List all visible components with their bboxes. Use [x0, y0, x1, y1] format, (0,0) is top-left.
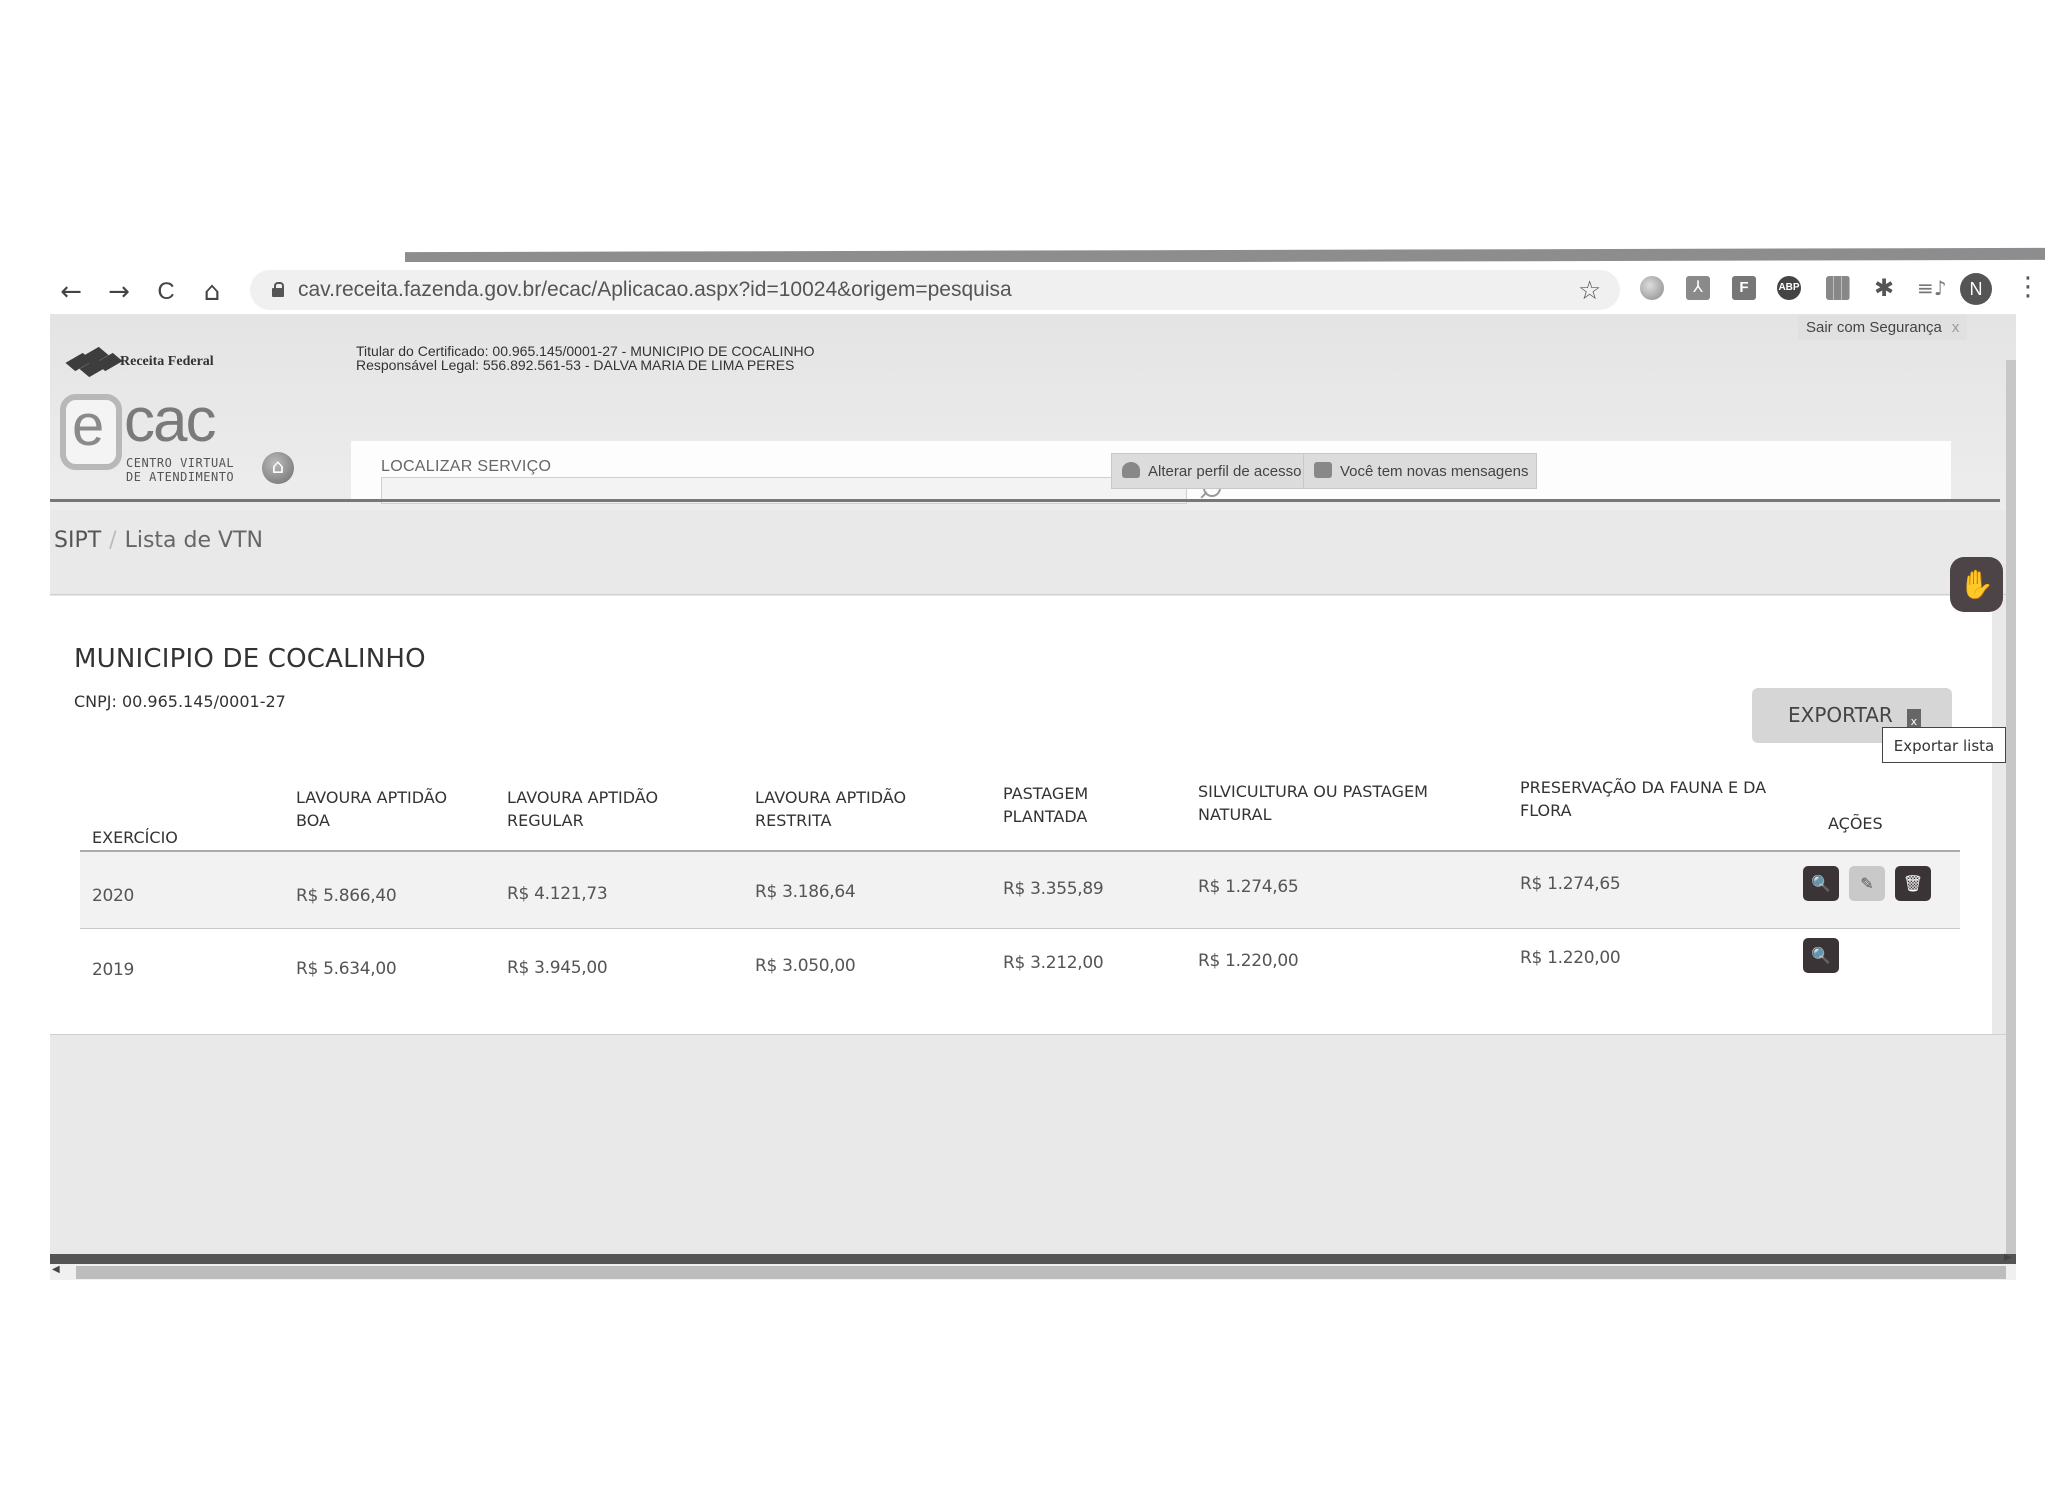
export-label: EXPORTAR	[1788, 703, 1893, 727]
url-text[interactable]: cav.receita.fazenda.gov.br/ecac/Aplicaca…	[298, 278, 1012, 302]
header-line: BOA	[296, 809, 447, 832]
mail-icon	[1314, 462, 1332, 478]
back-button[interactable]: ←	[58, 278, 84, 306]
table-row-divider	[80, 928, 1960, 929]
sign-language-accessibility-icon[interactable]: ✋	[1950, 557, 2003, 612]
breadcrumb-item-sipt[interactable]: SIPT	[54, 528, 101, 553]
lock-icon	[272, 282, 284, 296]
content-card: MUNICIPIO DE COCALINHO CNPJ: 00.965.145/…	[50, 596, 1992, 1034]
excel-file-icon: x	[1907, 709, 1921, 729]
bookmark-star-icon[interactable]: ☆	[1578, 276, 1601, 306]
header-line: FLORA	[1520, 799, 1766, 822]
scroll-right-icon[interactable]: ▶	[2004, 1252, 2012, 1263]
ecac-subtitle-line-1: CENTRO VIRTUAL	[126, 456, 234, 470]
cnpj-label: CNPJ: 00.965.145/0001-27	[74, 692, 286, 711]
cell-value: R$ 1.274,65	[1198, 877, 1298, 897]
home-icon[interactable]	[262, 452, 294, 484]
change-profile-label: Alterar perfil de acesso	[1148, 463, 1301, 480]
cell-value: R$ 5.866,40	[296, 886, 396, 906]
logout-button[interactable]: Sair com Segurançax	[1798, 315, 1967, 340]
header-line: LAVOURA APTIDÃO	[755, 786, 906, 809]
brand-name: Receita Federal	[120, 354, 214, 370]
close-icon: x	[1952, 319, 1960, 336]
content-card-edge	[50, 1034, 2016, 1035]
forward-button[interactable]: →	[106, 278, 132, 306]
cell-exercicio: 2019	[92, 960, 134, 980]
header-line: RESTRITA	[755, 809, 906, 832]
ecac-logo-icon[interactable]: e	[60, 394, 122, 470]
breadcrumb-divider	[50, 594, 2016, 595]
cell-value: R$ 3.355,89	[1003, 879, 1103, 899]
reload-button[interactable]: C	[153, 278, 179, 306]
cell-value: R$ 1.274,65	[1520, 874, 1620, 894]
header-line: PASTAGEM	[1003, 782, 1088, 805]
cell-value: R$ 5.634,00	[296, 959, 396, 979]
ecac-subtitle-line-2: DE ATENDIMENTO	[126, 470, 234, 484]
grid-extension-icon[interactable]	[1826, 276, 1850, 300]
browser-menu-icon[interactable]: ⋮	[2015, 272, 2041, 302]
header-line: SILVICULTURA OU PASTAGEM	[1198, 780, 1428, 803]
export-tooltip: Exportar lista	[1882, 727, 2006, 763]
vertical-scrollbar[interactable]	[2006, 360, 2016, 1260]
cell-value: R$ 4.121,73	[507, 884, 607, 904]
extensions-puzzle-icon[interactable]: ✱	[1872, 276, 1896, 300]
header-line: LAVOURA APTIDÃO	[507, 786, 658, 809]
header-line: LAVOURA APTIDÃO	[296, 786, 447, 809]
horizontal-scrollbar-thumb[interactable]	[76, 1266, 2006, 1279]
cell-value: R$ 3.050,00	[755, 956, 855, 976]
view-button[interactable]: 🔍	[1803, 866, 1839, 901]
ecac-subtitle: CENTRO VIRTUAL DE ATENDIMENTO	[126, 456, 234, 484]
cell-value: R$ 3.212,00	[1003, 953, 1103, 973]
column-header-lavoura-regular: LAVOURA APTIDÃOREGULAR	[507, 786, 658, 832]
cell-value: R$ 1.220,00	[1520, 948, 1620, 968]
ecac-logo-text: cac	[124, 386, 214, 456]
breadcrumb-item-current: Lista de VTN	[125, 528, 263, 553]
page-title: MUNICIPIO DE COCALINHO	[74, 644, 426, 674]
messages-label: Você tem novas mensagens	[1340, 463, 1528, 480]
cell-value: R$ 1.220,00	[1198, 951, 1298, 971]
column-header-pastagem-plantada: PASTAGEMPLANTADA	[1003, 782, 1088, 828]
column-header-lavoura-boa: LAVOURA APTIDÃOBOA	[296, 786, 447, 832]
change-profile-button[interactable]: Alterar perfil de acesso	[1111, 453, 1310, 489]
profile-avatar[interactable]: N	[1960, 273, 1992, 305]
header-line: PRESERVAÇÃO DA FAUNA E DA	[1520, 776, 1766, 799]
home-button[interactable]: ⌂	[199, 278, 225, 306]
horizontal-scrollbar-border	[50, 1254, 2016, 1264]
ecac-logo-letter: e	[72, 394, 104, 458]
breadcrumb-separator: /	[109, 528, 116, 553]
column-header-acoes: AÇÕES	[1828, 812, 1883, 835]
legal-responsible: Responsável Legal: 556.892.561-53 - DALV…	[356, 358, 815, 372]
breadcrumb: SIPT/Lista de VTN	[54, 528, 263, 553]
media-control-icon[interactable]: ≡♪	[1917, 276, 1941, 300]
delete-button[interactable]: 🗑	[1895, 866, 1931, 901]
header-line: PLANTADA	[1003, 805, 1088, 828]
view-button[interactable]: 🔍	[1803, 938, 1839, 973]
f-extension-icon[interactable]: F	[1732, 276, 1756, 300]
certificate-holder: Titular do Certificado: 00.965.145/0001-…	[356, 344, 815, 358]
messages-button[interactable]: Você tem novas mensagens	[1303, 453, 1537, 489]
logout-label: Sair com Segurança	[1806, 319, 1942, 336]
column-header-silvicultura: SILVICULTURA OU PASTAGEMNATURAL	[1198, 780, 1428, 826]
header-line: NATURAL	[1198, 803, 1428, 826]
receita-federal-logo-icon	[67, 348, 117, 378]
header-line: REGULAR	[507, 809, 658, 832]
certificate-info: Titular do Certificado: 00.965.145/0001-…	[356, 344, 815, 372]
column-header-exercicio: EXERCÍCIO	[92, 826, 178, 849]
header-divider	[50, 499, 2000, 502]
users-icon	[1122, 462, 1140, 478]
cell-value: R$ 3.186,64	[755, 882, 855, 902]
search-label: LOCALIZAR SERVIÇO	[381, 458, 551, 476]
adblock-extension-icon[interactable]: ABP	[1777, 276, 1801, 300]
edit-button[interactable]: ✎	[1849, 866, 1885, 901]
column-header-preservacao: PRESERVAÇÃO DA FAUNA E DAFLORA	[1520, 776, 1766, 822]
cell-value: R$ 3.945,00	[507, 958, 607, 978]
globe-extension-icon[interactable]	[1640, 276, 1664, 300]
page-viewport: Sair com Segurançax Receita Federal Titu…	[50, 314, 2016, 1280]
scroll-left-icon[interactable]: ◀	[52, 1264, 60, 1275]
pdf-extension-icon[interactable]: ⅄	[1686, 276, 1710, 300]
cell-exercicio: 2020	[92, 886, 134, 906]
column-header-lavoura-restrita: LAVOURA APTIDÃORESTRITA	[755, 786, 906, 832]
